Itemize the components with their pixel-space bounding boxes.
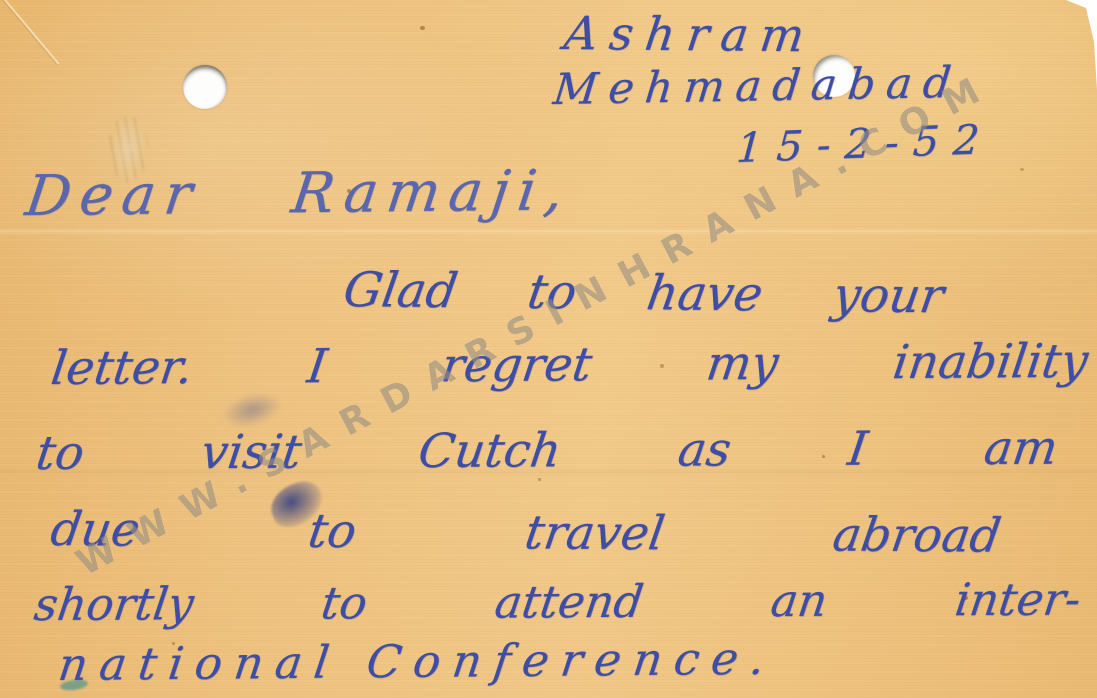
paper-stain <box>172 642 175 645</box>
paper-stain <box>822 455 825 458</box>
paper-crease <box>3 0 60 65</box>
ink-smudge <box>219 387 285 433</box>
paper-stain <box>660 364 664 368</box>
body-line-5: shortly to attend an inter- <box>31 575 1084 631</box>
pencil-smudge <box>108 116 148 182</box>
paper-stain <box>420 26 425 30</box>
heading-place: Ashram <box>561 8 819 62</box>
paper-stain <box>963 596 968 600</box>
hole-punch-left <box>183 65 227 109</box>
paper-stain <box>538 478 541 481</box>
hole-punch-right <box>813 55 855 97</box>
body-line-6: national Conference. <box>55 634 779 691</box>
ink-speck <box>100 184 106 189</box>
paper-stain <box>347 189 351 193</box>
scanned-letter: Ashram Mehmadabad 15-2-52 Dear Ramaji, G… <box>0 0 1097 698</box>
body-line-3: to visit Cutch as I am <box>33 423 1061 481</box>
paper-stain <box>1020 168 1024 171</box>
body-line-2: letter. I regret my inability <box>48 336 1091 396</box>
teal-ink-mark <box>59 678 88 692</box>
salutation: Dear Ramaji, <box>22 160 576 228</box>
